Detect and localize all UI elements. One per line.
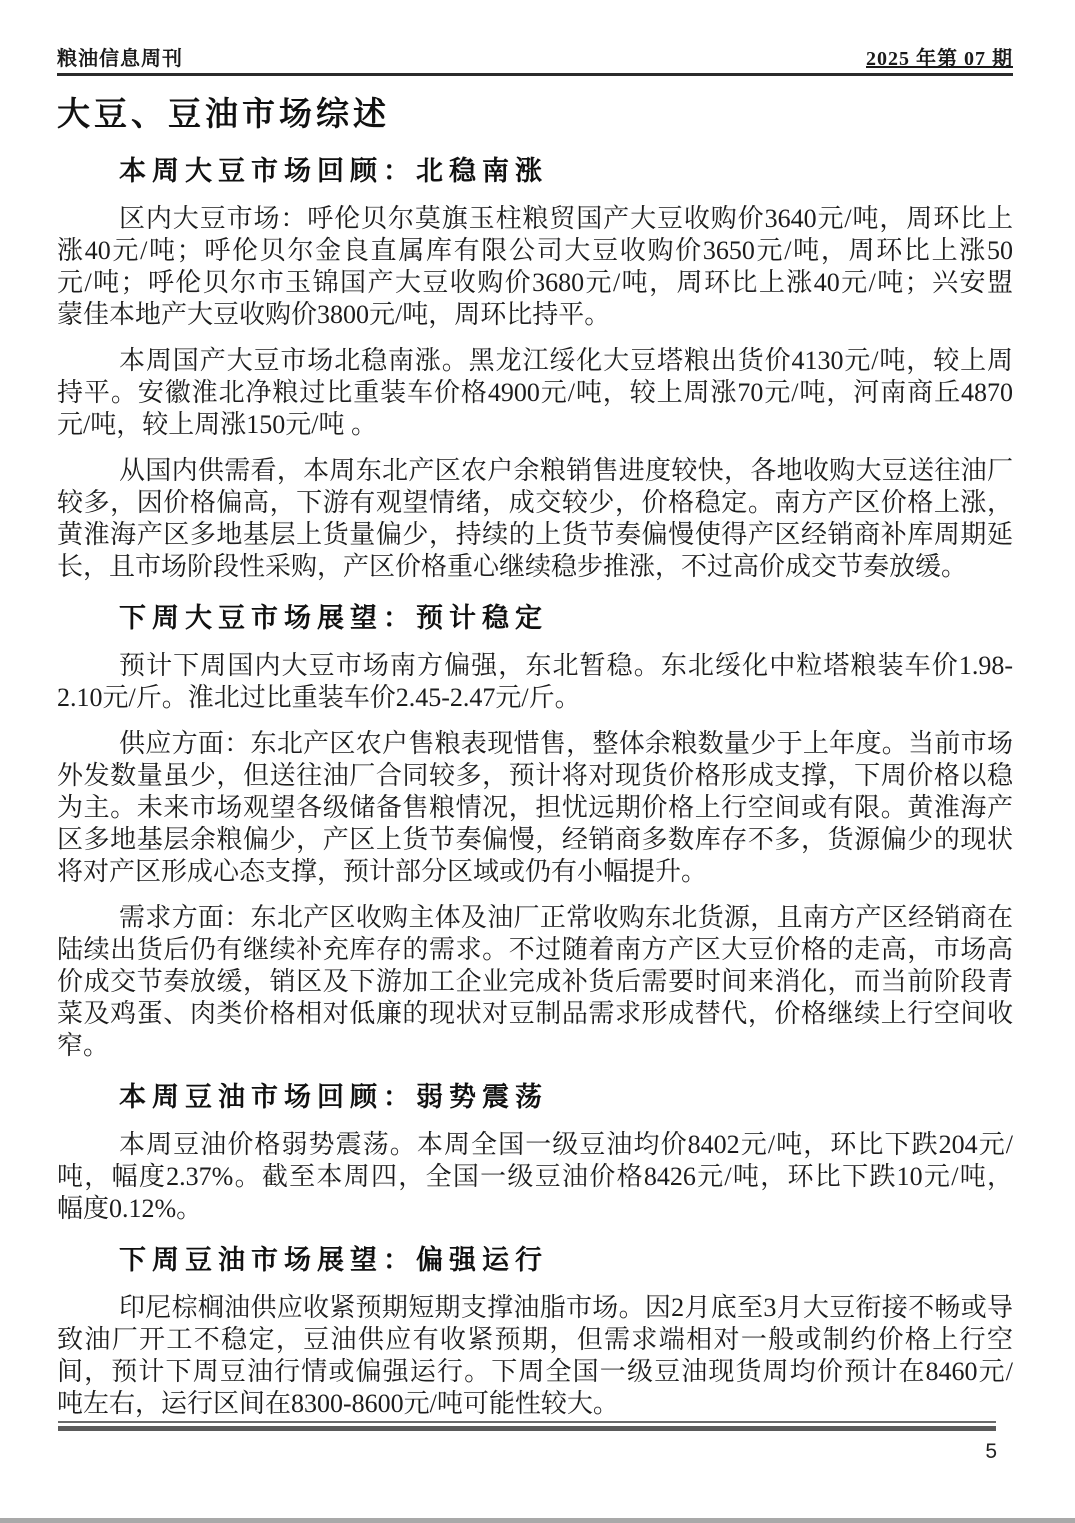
body-line: 致油厂开工不稳定，豆油供应有收紧预期，但需求端相对一般或制约价格上行空 [57, 1324, 1013, 1356]
page-title: 大豆、豆油市场综述 [57, 92, 1013, 136]
document-page: 粮油信息周刊 2025 年第 07 期 大豆、豆油市场综述 本周大豆市场回顾：北… [0, 0, 1075, 1523]
paragraph: 供应方面：东北产区农户售粮表现惜售，整体余粮数量少于上年度。当前市场 外发数量虽… [57, 728, 1013, 888]
body-line: 持平。安徽淮北净粮过比重装车价格4900元/吨，较上周涨70元/吨，河南商丘48… [57, 377, 1013, 409]
header-journal-title: 粮油信息周刊 [57, 42, 183, 71]
paragraph: 印尼棕榈油供应收紧预期短期支撑油脂市场。因2月底至3月大豆衔接不畅或导 致油厂开… [57, 1292, 1013, 1420]
body-line: 区内大豆市场：呼伦贝尔莫旗玉柱粮贸国产大豆收购价3640元/吨，周环比上 [57, 203, 1013, 235]
body-line: 幅度0.12%。 [57, 1193, 1013, 1225]
body-line: 2.10元/斤。淮北过比重装车价2.45-2.47元/斤。 [57, 682, 1013, 714]
bottom-edge-divider [0, 1518, 1075, 1523]
body-line: 供应方面：东北产区农户售粮表现惜售，整体余粮数量少于上年度。当前市场 [57, 728, 1013, 760]
body-line: 间，预计下周豆油行情或偏强运行。下周全国一级豆油现货周均价预计在8460元/ [57, 1356, 1013, 1388]
body-line: 陆续出货后仍有继续补充库存的需求。不过随着南方产区大豆价格的走高，市场高 [57, 934, 1013, 966]
section-heading-soyoil-outlook: 下周豆油市场展望：偏强运行 [119, 1243, 1013, 1278]
body-line: 将对产区形成心态支撑，预计部分区域或仍有小幅提升。 [57, 856, 1013, 888]
body-line: 元/吨；呼伦贝尔市玉锦国产大豆收购价3680元/吨，周环比上涨40元/吨；兴安盟 [57, 267, 1013, 299]
body-line: 从国内供需看，本周东北产区农户余粮销售进度较快，各地收购大豆送往油厂 [57, 455, 1013, 487]
body-line: 窄。 [57, 1030, 1013, 1062]
body-line: 价成交节奏放缓，销区及下游加工企业完成补货后需要时间来消化，而当前阶段青 [57, 966, 1013, 998]
footer-rule-thin [58, 1421, 996, 1423]
paragraph: 预计下周国内大豆市场南方偏强，东北暂稳。东北绥化中粒塔粮装车价1.98- 2.1… [57, 650, 1013, 714]
document-body: 大豆、豆油市场综述 本周大豆市场回顾：北稳南涨 区内大豆市场：呼伦贝尔莫旗玉柱粮… [0, 92, 1075, 1420]
body-line: 本周豆油价格弱势震荡。本周全国一级豆油均价8402元/吨，环比下跌204元/ [57, 1129, 1013, 1161]
section-heading-soyoil-review: 本周豆油市场回顾：弱势震荡 [119, 1080, 1013, 1115]
header-issue-label: 2025 年第 07 期 [866, 42, 1013, 71]
paragraph: 需求方面：东北产区收购主体及油厂正常收购东北货源，且南方产区经销商在 陆续出货后… [57, 902, 1013, 1062]
body-line: 元/吨，较上周涨150元/吨 。 [57, 409, 1013, 441]
body-line: 较多，因价格偏高，下游有观望情绪，成交较少，价格稳定。南方产区价格上涨， [57, 487, 1013, 519]
body-line: 涨40元/吨；呼伦贝尔金良直属库有限公司大豆收购价3650元/吨，周环比上涨50 [57, 235, 1013, 267]
paragraph: 从国内供需看，本周东北产区农户余粮销售进度较快，各地收购大豆送往油厂 较多，因价… [57, 455, 1013, 583]
body-line: 菜及鸡蛋、肉类价格相对低廉的现状对豆制品需求形成替代，价格继续上行空间收 [57, 998, 1013, 1030]
body-line: 蒙佳本地产大豆收购价3800元/吨，周环比持平。 [57, 299, 1013, 331]
body-line: 印尼棕榈油供应收紧预期短期支撑油脂市场。因2月底至3月大豆衔接不畅或导 [57, 1292, 1013, 1324]
section-heading-soybean-outlook: 下周大豆市场展望：预计稳定 [119, 601, 1013, 636]
paragraph: 区内大豆市场：呼伦贝尔莫旗玉柱粮贸国产大豆收购价3640元/吨，周环比上 涨40… [57, 203, 1013, 331]
body-line: 预计下周国内大豆市场南方偏强，东北暂稳。东北绥化中粒塔粮装车价1.98- [57, 650, 1013, 682]
footer-rule-thick [58, 1426, 996, 1431]
body-line: 外发数量虽少，但送往油厂合同较多，预计将对现货价格形成支撑，下周价格以稳 [57, 760, 1013, 792]
body-line: 吨，幅度2.37%。截至本周四，全国一级豆油价格8426元/吨，环比下跌10元/… [57, 1161, 1013, 1193]
body-line: 吨左右，运行区间在8300-8600元/吨可能性较大。 [57, 1388, 1013, 1420]
body-line: 区多地基层余粮偏少，产区上货节奏偏慢，经销商多数库存不多，货源偏少的现状 [57, 824, 1013, 856]
body-line: 黄淮海产区多地基层上货量偏少，持续的上货节奏偏慢使得产区经销商补库周期延 [57, 519, 1013, 551]
page-header: 粮油信息周刊 2025 年第 07 期 [57, 0, 1013, 76]
paragraph: 本周豆油价格弱势震荡。本周全国一级豆油均价8402元/吨，环比下跌204元/ 吨… [57, 1129, 1013, 1225]
body-line: 需求方面：东北产区收购主体及油厂正常收购东北货源，且南方产区经销商在 [57, 902, 1013, 934]
section-heading-soybean-review: 本周大豆市场回顾：北稳南涨 [119, 154, 1013, 189]
footer-double-rule [58, 1421, 996, 1431]
body-line: 为主。未来市场观望各级储备售粮情况，担忧远期价格上行空间或有限。黄淮海产 [57, 792, 1013, 824]
body-line: 本周国产大豆市场北稳南涨。黑龙江绥化大豆塔粮出货价4130元/吨，较上周 [57, 345, 1013, 377]
paragraph: 本周国产大豆市场北稳南涨。黑龙江绥化大豆塔粮出货价4130元/吨，较上周 持平。… [57, 345, 1013, 441]
body-line: 长，且市场阶段性采购，产区价格重心继续稳步推涨，不过高价成交节奏放缓。 [57, 551, 1013, 583]
page-number: 5 [985, 1440, 997, 1464]
